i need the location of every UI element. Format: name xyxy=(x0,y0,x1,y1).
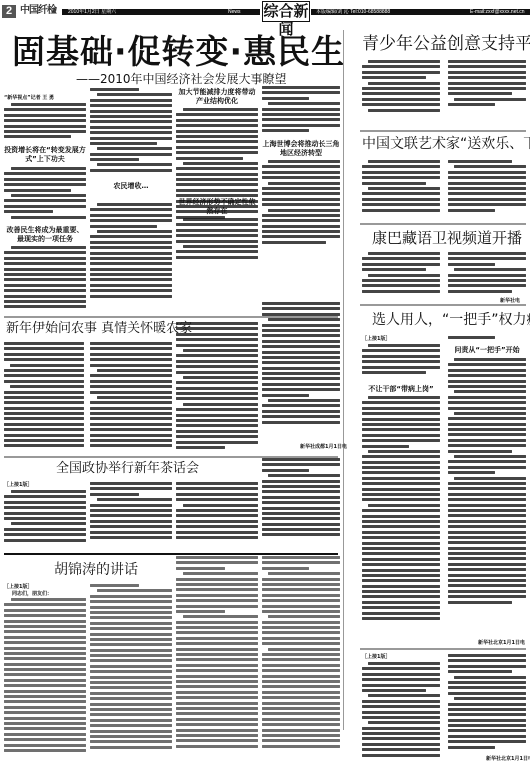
divider-rule xyxy=(360,223,526,225)
right-bottom-text-col2 xyxy=(448,654,526,754)
cppcc-text-col4 xyxy=(262,458,340,550)
appointment-text-col1a xyxy=(362,344,440,384)
lead-text-col3b xyxy=(176,218,258,264)
section-title: 综合新闻 xyxy=(262,1,310,22)
divider-rule xyxy=(360,130,526,132)
lead-subhead-2: 改善民生将成为最重要、最现实的一项任务 xyxy=(4,226,86,244)
new-year-text-col4 xyxy=(262,302,340,442)
lead-text-col2b xyxy=(90,203,172,313)
cppcc-text-col1 xyxy=(4,490,86,550)
appointment-text-col1b xyxy=(362,396,440,626)
masthead-slashes: //// xyxy=(52,8,56,16)
appointment-text-col2b xyxy=(448,358,526,622)
new-year-text-col3 xyxy=(176,322,258,454)
kangba-headline: 康巴藏语卫视频道开播 xyxy=(372,228,522,248)
appointment-continued-tag: ［上接1版］ xyxy=(362,336,390,342)
lead-byline: “新华视点”记者 王 勇 xyxy=(4,95,54,101)
masthead: 2 中国纤检 //// 2010年1月2日 星期六 News 综合新闻 本版编辑… xyxy=(0,0,530,24)
divider-rule xyxy=(360,648,526,650)
lead-headline: 固基础·促转变·惠民生 xyxy=(12,32,332,72)
editor-email: E-mail:zxxf@xxxx.net.cn xyxy=(470,9,525,15)
artists-text-col1 xyxy=(362,160,440,220)
divider-rule xyxy=(360,304,526,306)
artists-text-col2 xyxy=(448,160,526,220)
kangba-text-col2 xyxy=(448,252,526,300)
youth-platform-headline: 青少年公益创意支持平台推出 xyxy=(362,32,530,56)
kangba-text-col1 xyxy=(362,252,440,300)
cppcc-text-col2 xyxy=(90,482,172,550)
hu-speech-text-col2 xyxy=(90,584,172,760)
cppcc-tea-headline: 全国政协举行新年茶话会 xyxy=(56,460,199,478)
editor-contact: 本版编辑/刘 沁 Tel:010-68588888 xyxy=(316,9,390,15)
lead-text-col1a xyxy=(4,103,86,143)
lead-subhead-4: 世界经济形势不确定性依然存在 xyxy=(176,198,258,216)
divider-rule xyxy=(4,553,338,555)
issue-date: 2010年1月2日 星期六 xyxy=(68,9,116,15)
artists-headline: 中国文联艺术家“送欢乐、下基层” xyxy=(362,134,530,154)
appointment-text-col2a xyxy=(448,336,526,344)
youth-platform-text-col1 xyxy=(362,60,440,118)
new-year-visits-headline: 新年伊始问农事 真情关怀暖农家 xyxy=(6,320,192,338)
lead-text-col2a xyxy=(90,88,172,183)
lead-text-col1c xyxy=(4,246,86,314)
hu-speech-text-col3 xyxy=(176,556,258,760)
right-bottom-continued-tag: ［上接1版］ xyxy=(362,654,390,660)
right-bottom-text-col1 xyxy=(362,662,440,760)
news-label: News xyxy=(228,9,241,15)
lead-text-col4b xyxy=(262,160,340,258)
lead-subhead-5: 上海世博会将推动长三角地区经济转型 xyxy=(262,140,340,158)
appointment-headline: 选人用人，“一把手”权力瘦身 xyxy=(372,310,530,330)
hu-speech-headline: 胡锦涛的讲话 xyxy=(54,560,138,580)
new-year-text-col2 xyxy=(90,342,172,454)
new-year-signoff: 新华社成都1月1日电 xyxy=(300,444,347,450)
column-divider xyxy=(343,30,344,730)
lead-subheadline: ——2010年中国经济社会发展大事瞭望 xyxy=(76,72,287,86)
youth-platform-text-col2 xyxy=(448,60,526,118)
appointment-subhead-1: 不让干部“带病上岗” xyxy=(362,385,440,394)
hu-speech-continued-tag: ［上接1版］ xyxy=(4,584,32,590)
hu-speech-greeting: 同志们，朋友们： xyxy=(12,591,52,597)
new-year-text-col1 xyxy=(4,342,84,454)
appointment-subhead-2: 问责从“一把手”开始 xyxy=(448,346,526,355)
page-number: 2 xyxy=(2,5,16,18)
lead-subhead-1: 投资增长将在“转变发展方式”上下功夫 xyxy=(4,146,86,164)
right-bottom-signoff: 新华社北京1月1日电 xyxy=(486,756,530,762)
lead-text-col1b xyxy=(4,167,86,225)
cppcc-text-col3 xyxy=(176,482,258,550)
lead-subhead-col2: 农民增收… xyxy=(90,182,172,191)
paper-logo: 中国纤检 xyxy=(20,4,56,18)
hu-speech-text-col1 xyxy=(4,598,86,758)
hu-speech-text-col4 xyxy=(262,556,340,760)
appointment-signoff: 新华社北京1月1日电 xyxy=(478,640,525,646)
cppcc-continued-tag: ［上接1版］ xyxy=(4,482,32,488)
lead-subhead-3: 加大节能减排力度将带动产业结构优化 xyxy=(176,88,258,106)
